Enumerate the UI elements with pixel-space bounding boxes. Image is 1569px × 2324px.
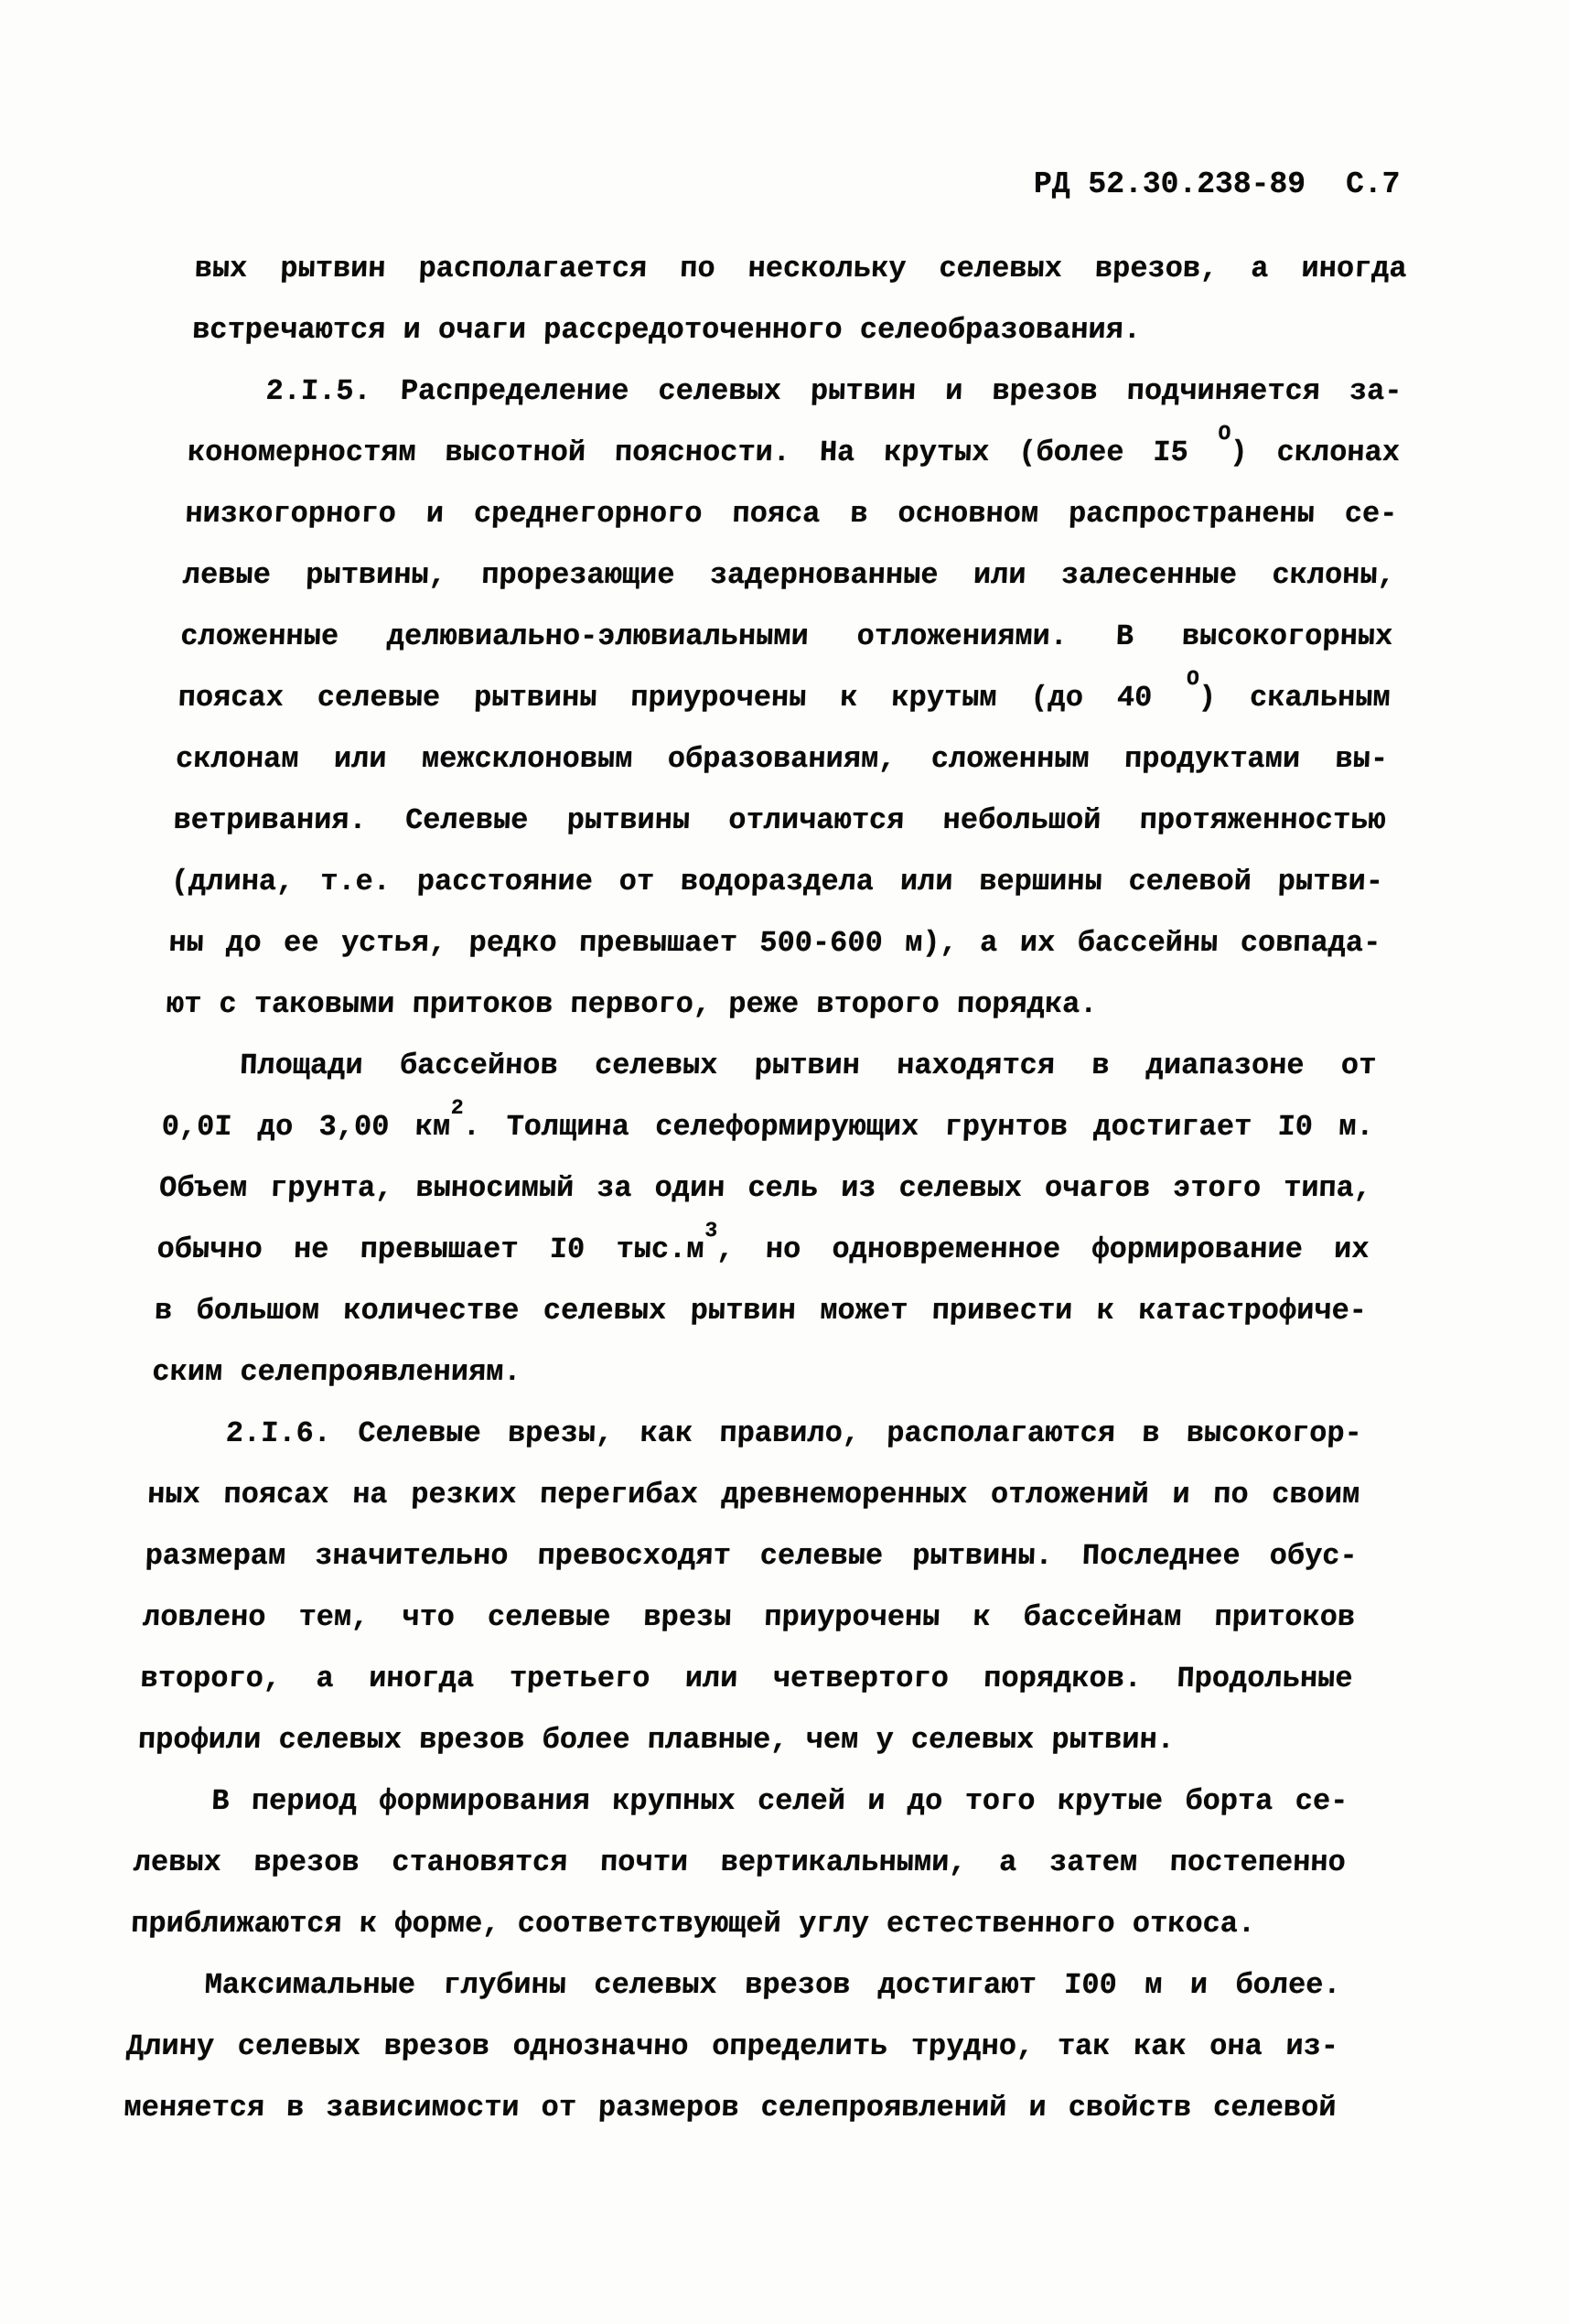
document-line: 2.I.6. Селевые врезы, как правило, распо…	[149, 1403, 1364, 1464]
document-line: 2.I.5. Распределение селевых рытвин и вр…	[188, 360, 1403, 422]
document-line: встречаются и очаги рассредоточенного се…	[191, 299, 1406, 360]
document-line: сложенные делювиально-элювиальными отлож…	[179, 606, 1394, 667]
document-line: ветривания. Селевые рытвины отличаются н…	[172, 790, 1387, 851]
document-line: приближаются к форме, соответствующей уг…	[130, 1893, 1345, 1954]
document-line: кономерностям высотной поясности. На кру…	[187, 422, 1402, 483]
doc-number: РД 52.30.238-89	[1034, 167, 1306, 201]
page-number: С.7	[1346, 157, 1400, 212]
document-line: Объем грунта, выносимый за один сель из …	[158, 1157, 1373, 1219]
document-line: низкогорного и среднегорного пояса в осн…	[184, 483, 1399, 544]
document-line: склонам или межсклоновым образованиям, с…	[175, 728, 1390, 790]
document-line: размерам значительно превосходят селевые…	[144, 1525, 1359, 1587]
document-page: РД 52.30.238-89С.7 вых рытвин располагае…	[0, 0, 1569, 2324]
document-line: 0,0I до 3,00 км2. Толщина селеформирующи…	[160, 1096, 1375, 1157]
document-line: В период формирования крупных селей и до…	[134, 1770, 1349, 1832]
document-line: Длину селевых врезов однозначно определи…	[125, 2016, 1340, 2077]
document-line: левые рытвины, прорезающие задернованные…	[182, 544, 1397, 606]
document-line: ны до ее устья, редко превышает 500-600 …	[167, 912, 1382, 974]
document-line: вых рытвин располагается по нескольку се…	[193, 238, 1408, 299]
document-line: обычно не превышает I0 тыс.м3, но одновр…	[156, 1219, 1370, 1280]
document-line: левых врезов становятся почти вертикальн…	[133, 1832, 1348, 1893]
document-line: ским селепроявлениям.	[151, 1341, 1366, 1403]
scan-artifact	[137, 2050, 142, 2053]
document-body: вых рытвин располагается по нескольку се…	[123, 238, 1408, 2138]
scan-artifact	[204, 1922, 210, 1927]
superscript: О	[1186, 667, 1199, 691]
document-line: ловлено тем, что селевые врезы приурочен…	[142, 1587, 1357, 1648]
document-line: профили селевых врезов более плавные, че…	[137, 1709, 1352, 1770]
document-line: в большом количестве селевых рытвин може…	[154, 1280, 1369, 1341]
document-line: Площади бассейнов селевых рытвин находят…	[163, 1035, 1378, 1096]
document-line: второго, а иногда третьего или четвертог…	[139, 1648, 1354, 1709]
document-line: поясах селевые рытвины приурочены к крут…	[177, 667, 1392, 728]
document-line: (длина, т.е. расстояние от водораздела и…	[170, 851, 1385, 912]
document-line: меняется в зависимости от размеров селеп…	[123, 2077, 1338, 2138]
document-line: ных поясах на резких перегибах древнемор…	[146, 1464, 1361, 1525]
page-header: РД 52.30.238-89С.7	[1034, 157, 1400, 212]
document-line: ют с таковыми притоков первого, реже вто…	[166, 974, 1381, 1035]
superscript: 2	[450, 1096, 464, 1120]
document-line: Максимальные глубины селевых врезов дост…	[127, 1954, 1342, 2016]
superscript: О	[1218, 422, 1231, 446]
superscript: 3	[704, 1219, 718, 1243]
